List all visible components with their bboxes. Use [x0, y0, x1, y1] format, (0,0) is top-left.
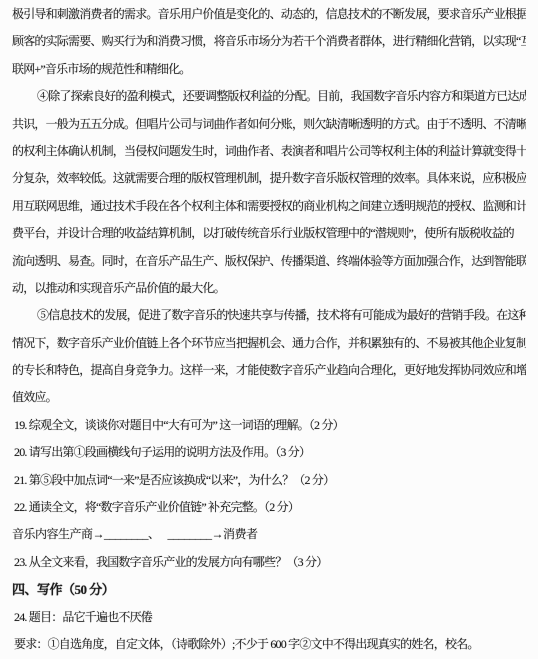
question-23: 23. 从全文来看，我国数字音乐产业的发展方向有哪些？（3 分） — [12, 549, 526, 576]
body-line: 顾客的实际需要、购买行为和消费习惯，将音乐市场分为若干个消费者群体，进行精细化营… — [12, 28, 526, 55]
section-heading-writing: 四、写作（50 分） — [12, 576, 526, 603]
body-line: 值效应。 — [12, 384, 526, 411]
question-22: 22. 通读全文，将“数字音乐产业价值链” 补充完整。（2 分） — [12, 494, 526, 521]
body-line: 费平台，并设计合理的收益结算机制，以打破传统音乐行业版权管理中的“潜规则”，使所… — [12, 220, 526, 247]
body-line: 极引导和刺激消费者的需求。音乐用户价值是变化的、动态的，信息技术的不断发展，要求… — [12, 1, 526, 28]
body-line: 用互联网思维，通过技术手段在各个权利主体和需要授权的商业机构之间建立透明规范的授… — [12, 193, 526, 220]
body-line: 的权利主体确认机制，当侵权问题发生时，词曲作者、表演者和唱片公司等权利主体的利益… — [12, 138, 526, 165]
body-line: 的专长和特色，提高自身竞争力。这样一来，才能使数字音乐产业趋向合理化，更好地发挥… — [12, 357, 526, 384]
question-24-essay-title: 24. 题目：品它千遍也不厌倦 — [12, 604, 526, 631]
question-20: 20. 请写出第①段画横线句子运用的说明方法及作用。（3 分） — [12, 439, 526, 466]
body-line: 分复杂，效率较低。这就需要合理的版权管理机制，提升数字音乐版权管理的效率。具体来… — [12, 165, 526, 192]
exam-paper-page: 极引导和刺激消费者的需求。音乐用户价值是变化的、动态的，信息技术的不断发展，要求… — [0, 0, 538, 659]
value-chain-blank-line: 音乐内容生产商→________、 ________→消费者 — [12, 521, 526, 548]
body-line: 共识，一般为五五分成。但唱片公司与词曲作者如何分账，则欠缺清晰透明的方式。由于不… — [12, 111, 526, 138]
body-line: 情况下，数字音乐产业价值链上各个环节应当把握机会、通力合作，并积累独有的、不易被… — [12, 330, 526, 357]
body-line: 动，以推动和实现音乐产品价值的最大化。 — [12, 275, 526, 302]
paragraph-4-start: ④除了探索良好的盈利模式，还要调整版权利益的分配。目前，我国数字音乐内容方和渠道… — [12, 83, 526, 110]
question-19: 19. 综观全文，谈谈你对题目中“大有可为” 这一词语的理解。（2 分） — [12, 412, 526, 439]
paragraph-5-start: ⑤信息技术的发展，促进了数字音乐的快速共享与传播，技术将有可能成为最好的营销手段… — [12, 302, 526, 329]
body-line: 流向透明、易查。同时，在音乐产品生产、版权保护、传播渠道、终端体验等方面加强合作… — [12, 248, 526, 275]
body-line: 联网+”音乐市场的规范性和精细化。 — [12, 56, 526, 83]
essay-requirements: 要求：①自选角度，自定文体，（诗歌除外）;不少于 600 字②文中不得出现真实的… — [12, 631, 526, 658]
question-21: 21. 第⑤段中加点词“一来”是否应该换成“以来”，为什么？（2 分） — [12, 467, 526, 494]
